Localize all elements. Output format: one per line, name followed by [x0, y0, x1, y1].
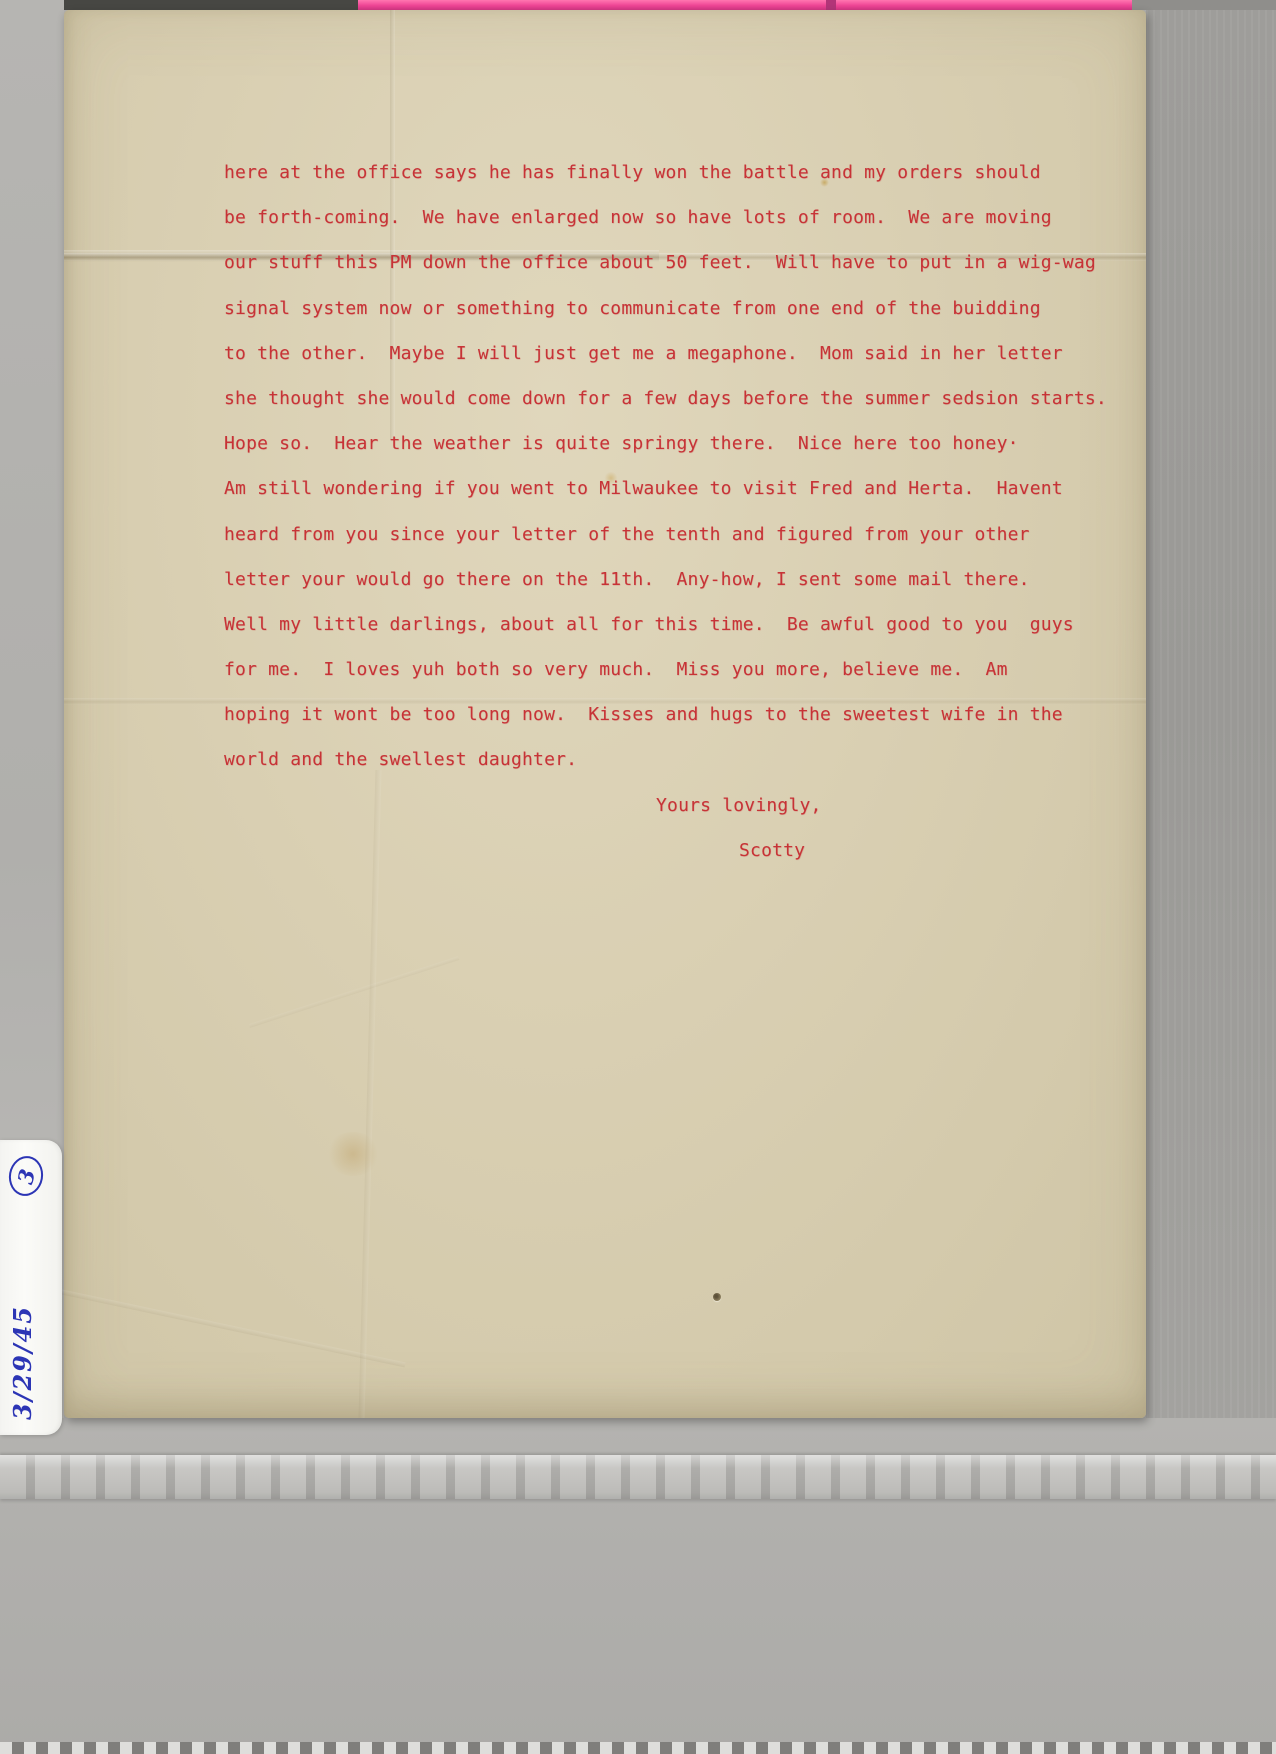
top-strip-notch — [826, 0, 836, 10]
letter-line: she thought she would come down for a fe… — [224, 388, 1107, 433]
letter-line: our stuff this PM down the office about … — [224, 252, 1107, 297]
letter-line: signal system now or something to commun… — [224, 298, 1107, 343]
sleeve-sprocket-strip — [0, 1455, 1276, 1499]
letter-line: Am still wondering if you went to Milwau… — [224, 478, 1107, 523]
top-strip-left-segment — [0, 0, 64, 10]
letter-line: Well my little darlings, about all for t… — [224, 614, 1107, 659]
archival-label: 3 3/29/45 — [0, 1140, 62, 1435]
letter-line: for me. I loves yuh both so very much. M… — [224, 659, 1107, 704]
top-strip-pink-segment — [358, 0, 1132, 10]
letter-line: heard from you since your letter of the … — [224, 524, 1107, 569]
circled-page-number: 3 — [6, 1153, 46, 1198]
circled-page-number-text: 3 — [12, 1166, 40, 1186]
letter-line: be forth-coming. We have enlarged now so… — [224, 207, 1107, 252]
scanner-margin-right — [1146, 0, 1276, 1418]
paper-crease-diagonal — [52, 1288, 405, 1368]
signature-line: Scotty — [224, 840, 1107, 885]
sleeve-bottom-edge-strip — [0, 1742, 1276, 1754]
letter-line: hoping it wont be too long now. Kisses a… — [224, 704, 1107, 749]
top-strip-right-segment — [1132, 0, 1276, 10]
stain — [326, 1132, 380, 1176]
letter-line: to the other. Maybe I will just get me a… — [224, 343, 1107, 388]
letter-line: here at the office says he has finally w… — [224, 162, 1107, 207]
typewritten-text: here at the office says he has finally w… — [224, 162, 1107, 885]
scanned-letter-page: here at the office says he has finally w… — [0, 0, 1276, 1754]
letter-line: Hope so. Hear the weather is quite sprin… — [224, 433, 1107, 478]
pin-hole — [713, 1293, 721, 1301]
letter-paper: here at the office says he has finally w… — [64, 10, 1146, 1418]
handwritten-date: 3/29/45 — [8, 1260, 37, 1420]
paper-crease-diagonal — [249, 956, 459, 1028]
letter-line: world and the swellest daughter. — [224, 749, 1107, 794]
letter-line: letter your would go there on the 11th. … — [224, 569, 1107, 614]
closing-line: Yours lovingly, — [224, 795, 1107, 840]
sleeve-top-strip — [0, 0, 1276, 10]
